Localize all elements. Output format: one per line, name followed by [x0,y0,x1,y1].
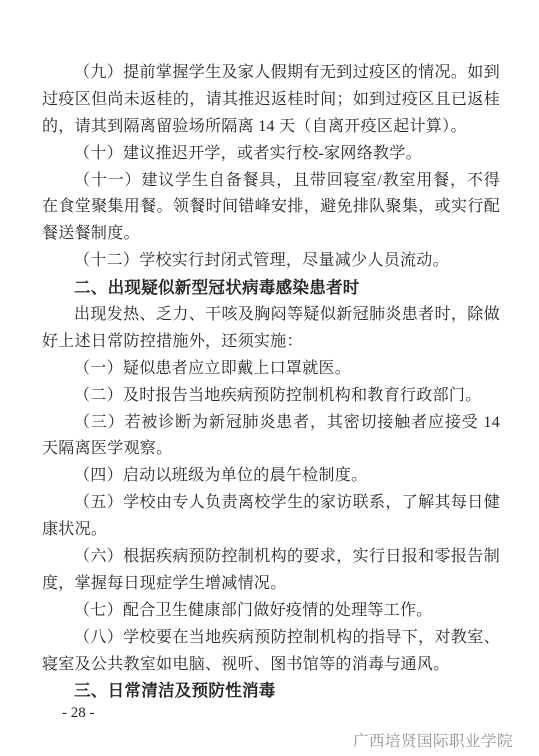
text-line: （六）根据疾病预防控制机构的要求，实行日报和零报告制 [42,544,500,571]
text-line: （八）学校要在当地疾病预防控制机构的指导下，对教室、 [42,625,500,652]
document-page: （九）提前掌握学生及家人假期有无到过疫区的情况。如到过疫区但尚未返桂的，请其推迟… [0,0,539,756]
section-heading: 二、出现疑似新型冠状病毒感染患者时 [42,275,500,302]
text-line: （一）疑似患者应立即戴上口罩就医。 [42,356,500,383]
text-line: 寝室及公共教室如电脑、视听、图书馆等的消毒与通风。 [42,652,500,679]
text-line: （二）及时报告当地疾病预防控制机构和教育行政部门。 [42,383,500,410]
text-line: 天隔离医学观察。 [42,436,500,463]
text-line: （九）提前掌握学生及家人假期有无到过疫区的情况。如到 [42,60,500,87]
text-line: 好上述日常防控措施外，还须实施： [42,329,500,356]
text-line: （四）启动以班级为单位的晨午检制度。 [42,463,500,490]
text-line: （五）学校由专人负责离校学生的家访联系，了解其每日健 [42,490,500,517]
text-line: （三）若被诊断为新冠肺炎患者，其密切接触者应接受 14 [42,410,500,437]
text-line: 过疫区但尚未返桂的，请其推迟返桂时间；如到过疫区且已返桂 [42,87,500,114]
text-line: 出现发热、乏力、干咳及胸闷等疑似新冠肺炎患者时，除做 [42,302,500,329]
text-line: 的，请其到隔离留验场所隔离 14 天（自离开疫区起计算）。 [42,114,500,141]
section-heading: 三、日常清洁及预防性消毒 [42,678,500,705]
document-body: （九）提前掌握学生及家人假期有无到过疫区的情况。如到过疫区但尚未返桂的，请其推迟… [42,60,500,705]
text-line: （十一）建议学生自备餐具，且带回寝室/教室用餐，不得 [42,168,500,195]
text-line: （十二）学校实行封闭式管理，尽量减少人员流动。 [42,248,500,275]
page-number: - 28 - [62,705,95,722]
text-line: （七）配合卫生健康部门做好疫情的处理等工作。 [42,598,500,625]
text-line: 在食堂聚集用餐。领餐时间错峰安排，避免排队聚集，或实行配 [42,194,500,221]
text-line: 餐送餐制度。 [42,221,500,248]
text-line: 康状况。 [42,517,500,544]
text-line: （十）建议推迟开学，或者实行校-家网络教学。 [42,141,500,168]
watermark-school-name: 广西培贤国际职业学院 [353,729,513,751]
text-line: 度，掌握每日现症学生增减情况。 [42,571,500,598]
